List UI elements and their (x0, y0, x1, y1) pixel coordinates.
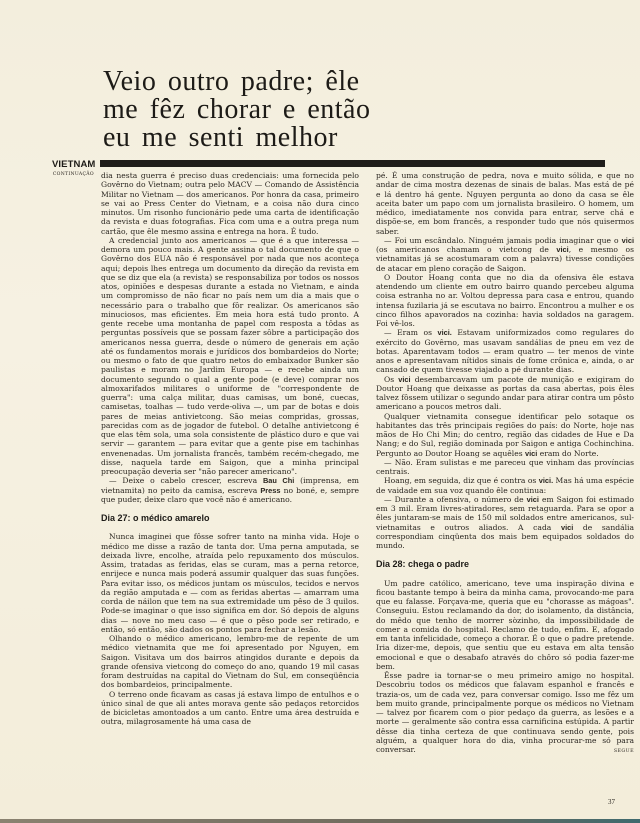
paragraph: dia nesta guerra é preciso duas credenci… (101, 171, 359, 236)
magazine-page: Veio outro padre; êle me fêz chorar e en… (0, 0, 640, 823)
bold-term: vici (398, 375, 410, 384)
paragraph: O Doutor Hoang conta que no dia da ofens… (376, 273, 634, 329)
headline-line: Veio outro padre; êle (103, 68, 403, 96)
right-column: pé. É uma construção de pedra, nova e mu… (376, 171, 634, 756)
bold-term: vici (622, 236, 634, 245)
paragraph: — Foi um escândalo. Ninguém jamais podia… (376, 236, 634, 273)
paragraph: Hoang, em seguida, diz que é contra os v… (376, 476, 634, 495)
bold-term: vici. (437, 328, 451, 337)
paragraph: Êsse padre ia tornar-se o meu primeiro a… (376, 671, 634, 754)
paragraph: Um padre católico, americano, teve uma i… (376, 579, 634, 672)
bold-term: vici. (539, 476, 553, 485)
paragraph: Qualquer vietnamita consegue identificar… (376, 412, 634, 458)
left-column: dia nesta guerra é preciso duas credenci… (101, 171, 359, 727)
section-continuation: CONTINUAÇÃO (52, 172, 94, 177)
paragraph: O terreno onde ficavam as casas já estav… (101, 690, 359, 727)
bold-term: vici (527, 495, 539, 504)
subhead-dia-27: Dia 27: o médico amarelo (101, 514, 359, 523)
headline: Veio outro padre; êle me fêz chorar e en… (103, 68, 403, 152)
bold-term: Press (260, 486, 280, 495)
paragraph: Nunca imaginei que fôsse sofrer tanto na… (101, 532, 359, 634)
paragraph: A credencial junto aos americanos — que … (101, 236, 359, 477)
section-label: VIETNAM CONTINUAÇÃO (52, 159, 94, 177)
page-number: 37 (608, 798, 615, 806)
section-name: VIETNAM (52, 159, 94, 170)
bold-term: vici (525, 449, 537, 458)
paragraph: — Durante a ofensiva, o número de vici e… (376, 495, 634, 551)
page-bottom-edge (0, 819, 640, 823)
paragraph: Os vici desembarcavam um pacote de muniç… (376, 375, 634, 412)
paragraph: — Deixe o cabelo crescer, escreva Bau Ch… (101, 476, 359, 504)
header-rule (100, 160, 605, 167)
headline-line: me fêz chorar e então (103, 96, 403, 124)
paragraph: pé. É uma construção de pedra, nova e mu… (376, 171, 634, 236)
bold-term: vici (556, 245, 568, 254)
paragraph: — Não. Eram sulistas e me pareceu que vi… (376, 458, 634, 477)
paragraph: — Eram os vici. Estavam uniformizados co… (376, 328, 634, 374)
bold-term: vici (561, 523, 573, 532)
bold-term: Bau Chi (263, 476, 294, 485)
headline-line: eu me senti melhor (103, 124, 403, 152)
continued-label: SEGUE (606, 747, 634, 756)
paragraph: Olhando o médico americano, lembro-me de… (101, 634, 359, 690)
subhead-dia-28: Dia 28: chega o padre (376, 560, 634, 569)
